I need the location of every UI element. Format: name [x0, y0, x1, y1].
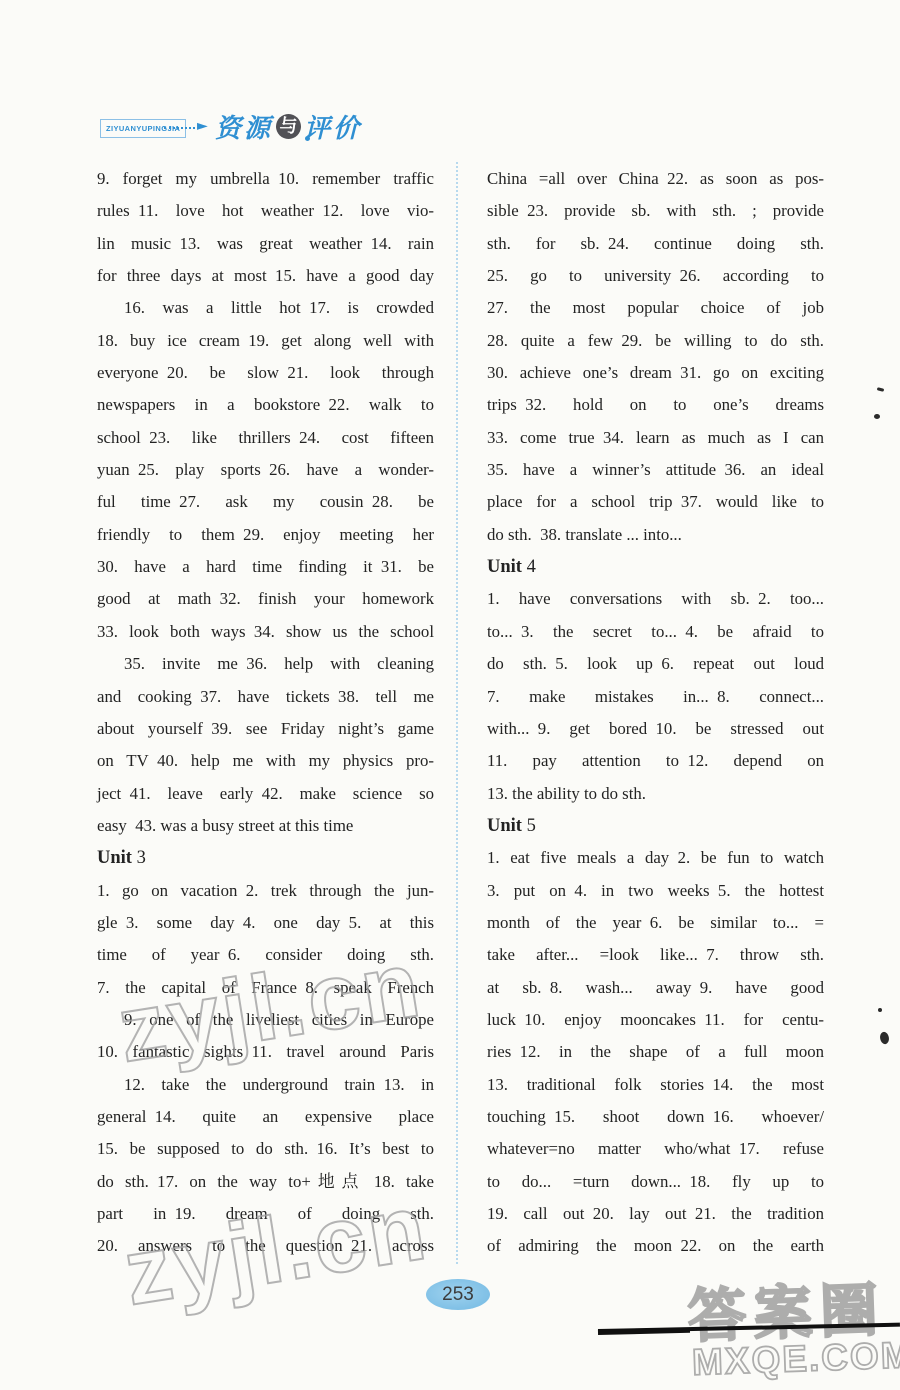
text-line: trips 32. hold on to one’s dreams [487, 389, 824, 421]
text-line: do sth. 5. look up 6. repeat out loud [487, 648, 824, 680]
scan-speck [878, 1031, 891, 1046]
scan-speck [878, 1008, 882, 1012]
text-line: 15. be supposed to do sth. 16. It’s best… [97, 1133, 434, 1165]
text-line: sth. for sb. 24. continue doing sth. [487, 228, 824, 260]
book-title-circle-char: 与 [276, 114, 301, 139]
text-line: 1. eat five meals a day 2. be fun to wat… [487, 842, 824, 874]
text-line: sible 23. provide sb. with sth. ; provid… [487, 195, 824, 227]
text-line: at sb. 8. wash... away 9. have good [487, 972, 824, 1004]
text-line: yuan 25. play sports 26. have a wonder- [97, 454, 434, 486]
text-line: on TV 40. help me with my physics pro- [97, 745, 434, 777]
text-line: friendly to them 29. enjoy meeting her [97, 519, 434, 551]
page-number-badge: 253 [426, 1279, 490, 1310]
text-line: of admiring the moon 22. on the earth [487, 1230, 824, 1262]
text-line: 7. make mistakes in... 8. connect... [487, 681, 824, 713]
column-divider [456, 162, 458, 1264]
text-line: 30. achieve one’s dream 31. go on exciti… [487, 357, 824, 389]
text-line: about yourself 39. see Friday night’s ga… [97, 713, 434, 745]
text-line: 30. have a hard time finding it 31. be [97, 551, 434, 583]
text-line: and cooking 37. have tickets 38. tell me [97, 681, 434, 713]
text-line: 27. the most popular choice of job [487, 292, 824, 324]
text-line: 13. the ability to do sth. [487, 778, 824, 810]
unit-heading: Unit 4 [487, 551, 824, 583]
text-line: rules 11. love hot weather 12. love vio- [97, 195, 434, 227]
text-line: ful time 27. ask my cousin 28. be [97, 486, 434, 518]
text-line: place for a school trip 37. would like t… [487, 486, 824, 518]
bottom-rule-line-thick [598, 1328, 690, 1335]
scan-speck [877, 387, 885, 392]
text-line: 35. have a winner’s attitude 36. an idea… [487, 454, 824, 486]
text-line: lin music 13. was great weather 14. rain [97, 228, 434, 260]
text-line: whatever=no matter who/what 17. refuse [487, 1133, 824, 1165]
text-line: ries 12. in the shape of a full moon [487, 1036, 824, 1068]
scanned-book-page: ZIYUANYUPINGJIA ► 资源 与 评价 9. forget my u… [0, 0, 900, 1390]
text-line: 33. look both ways 34. show us the schoo… [97, 616, 434, 648]
unit-heading: Unit 5 [487, 810, 824, 842]
text-line: 25. go to university 26. according to [487, 260, 824, 292]
text-line: with... 9. get bored 10. be stressed out [487, 713, 824, 745]
text-line: school 23. like thrillers 24. cost fifte… [97, 422, 434, 454]
text-line: 35. invite me 36. help with cleaning [97, 648, 434, 680]
text-line: month of the year 6. be similar to... = [487, 907, 824, 939]
watermark-mxqe: MXQE.COM [691, 1336, 900, 1381]
text-line: do sth. 38. translate ... into... [487, 519, 824, 551]
text-line: newspapers in a bookstore 22. walk to [97, 389, 434, 421]
text-line: general 14. quite an expensive place [97, 1101, 434, 1133]
text-line: 28. quite a few 29. be willing to do sth… [487, 325, 824, 357]
text-line: 16. was a little hot 17. is crowded [97, 292, 434, 324]
text-line: 33. come true 34. learn as much as I can [487, 422, 824, 454]
text-line: good at math 32. finish your homework [97, 583, 434, 615]
text-column-left: 9. forget my umbrella 10. remember traff… [97, 163, 434, 1263]
text-line: 3. put on 4. in two weeks 5. the hottest [487, 875, 824, 907]
title-trailing-dot [305, 136, 310, 141]
text-column-right: China =all over China 22. as soon as pos… [487, 163, 824, 1263]
dotted-leader-line [164, 127, 195, 129]
text-line: everyone 20. be slow 21. look through [97, 357, 434, 389]
arrow-right-icon: ► [197, 118, 208, 134]
text-line: easy 43. was a busy street at this time [97, 810, 434, 842]
book-title-right: 评价 [304, 108, 362, 145]
text-line: to... 3. the secret to... 4. be afraid t… [487, 616, 824, 648]
text-line: 18. buy ice cream 19. get along well wit… [97, 325, 434, 357]
text-line: touching 15. shoot down 16. whoever/ [487, 1101, 824, 1133]
text-line: for three days at most 15. have a good d… [97, 260, 434, 292]
text-line: 19. call out 20. lay out 21. the traditi… [487, 1198, 824, 1230]
text-line: 13. traditional folk stories 14. the mos… [487, 1069, 824, 1101]
book-title: 资源 与 评价 [215, 108, 362, 145]
text-line: China =all over China 22. as soon as pos… [487, 163, 824, 195]
text-line: 11. pay attention to 12. depend on [487, 745, 824, 777]
text-line: 9. forget my umbrella 10. remember traff… [97, 163, 434, 195]
text-line: to do... =turn down... 18. fly up to [487, 1166, 824, 1198]
text-line: ject 41. leave early 42. make science so [97, 778, 434, 810]
text-line: luck 10. enjoy mooncakes 11. for centu- [487, 1004, 824, 1036]
book-title-left: 资源 [215, 108, 273, 145]
scan-speck [874, 414, 880, 419]
text-line: gle 3. some day 4. one day 5. at this [97, 907, 434, 939]
text-line: 1. have conversations with sb. 2. too... [487, 583, 824, 615]
text-line: 1. go on vacation 2. trek through the ju… [97, 875, 434, 907]
unit-heading: Unit 3 [97, 842, 434, 874]
text-line: take after... =look like... 7. throw sth… [487, 939, 824, 971]
